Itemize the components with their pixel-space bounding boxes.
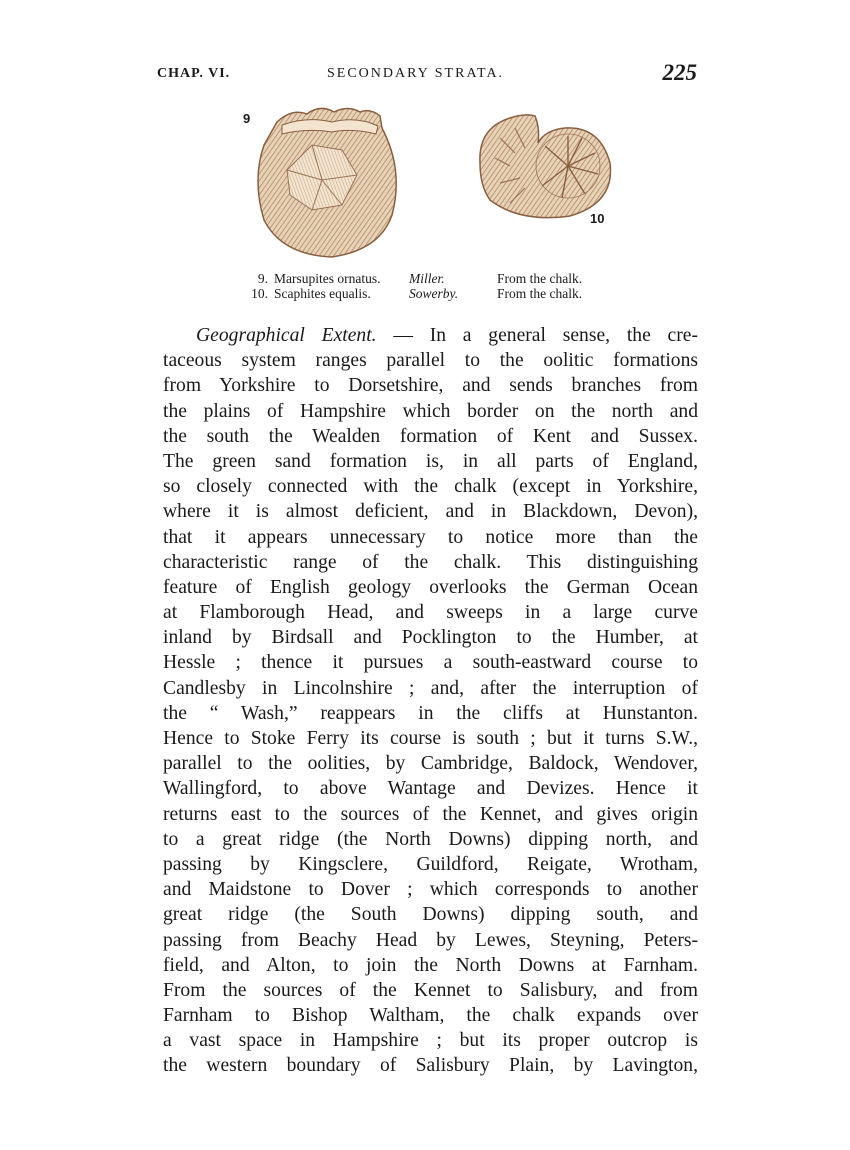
text-line: Wallingford, to above Wantage and Devize… — [163, 776, 698, 801]
text-line: taceous system ranges parallel to the oo… — [163, 348, 698, 373]
text-line: field, and Alton, to join the North Down… — [163, 953, 698, 978]
text-line: Hessle ; thence it pursues a south-eastw… — [163, 650, 698, 675]
marsupites-fossil-icon — [252, 100, 407, 260]
running-title: SECONDARY STRATA. — [327, 66, 504, 82]
text-line: parallel to the oolities, by Cambridge, … — [163, 751, 698, 776]
text-line: feature of English geology overlooks the… — [163, 575, 698, 600]
text-line: at Flamborough Head, and sweeps in a lar… — [163, 600, 698, 625]
text-line: Candlesby in Lincolnshire ; and, after t… — [163, 676, 698, 701]
text-line: inland by Birdsall and Pocklington to th… — [163, 625, 698, 650]
text-line: Hence to Stoke Ferry its course is south… — [163, 726, 698, 751]
text-line: passing from Beachy Head by Lewes, Steyn… — [163, 928, 698, 953]
text-line: where it is almost deficient, and in Bla… — [163, 499, 698, 524]
text-line: From the sources of the Kennet to Salisb… — [163, 978, 698, 1003]
text-line: Geographical Extent. — In a general sens… — [163, 323, 698, 348]
caption-row: 10.Scaphites equalis.Sowerby.From the ch… — [246, 286, 666, 301]
text-line: the “ Wash,” reappears in the cliffs at … — [163, 701, 698, 726]
page-number: 225 — [663, 60, 698, 86]
figure-10-number: 10 — [590, 211, 604, 226]
chapter-label: CHAP. VI. — [157, 66, 230, 82]
text-line: The green sand formation is, in all part… — [163, 449, 698, 474]
text-line: so closely connected with the chalk (exc… — [163, 474, 698, 499]
figure-plate: 9 10 — [230, 95, 630, 265]
text-line: the plains of Hampshire which border on … — [163, 399, 698, 424]
text-line: the south the Wealden formation of Kent … — [163, 424, 698, 449]
text-line: passing by Kingsclere, Guildford, Reigat… — [163, 852, 698, 877]
text-line: characteristic range of the chalk. This … — [163, 550, 698, 575]
figure-9-number: 9 — [243, 111, 250, 126]
caption-row: 9.Marsupites ornatus.Miller.From the cha… — [246, 271, 666, 286]
text-line: Farnham to Bishop Waltham, the chalk exp… — [163, 1003, 698, 1028]
text-line: the western boundary of Salisbury Plain,… — [163, 1053, 698, 1078]
text-line: that it appears unnecessary to notice mo… — [163, 525, 698, 550]
text-line: a vast space in Hampshire ; but its prop… — [163, 1028, 698, 1053]
text-line: from Yorkshire to Dorsetshire, and sends… — [163, 373, 698, 398]
scaphites-fossil-icon — [470, 108, 620, 223]
figure-captions: 9.Marsupites ornatus.Miller.From the cha… — [246, 271, 666, 301]
body-paragraph: Geographical Extent. — In a general sens… — [163, 323, 698, 1079]
text-line: great ridge (the South Downs) dipping so… — [163, 902, 698, 927]
text-line: to a great ridge (the North Downs) dippi… — [163, 827, 698, 852]
text-line: and Maidstone to Dover ; which correspon… — [163, 877, 698, 902]
section-heading: Geographical Extent. — [196, 325, 377, 346]
text-line: returns east to the sources of the Kenne… — [163, 802, 698, 827]
running-header: CHAP. VI. SECONDARY STRATA. 225 — [157, 60, 697, 90]
